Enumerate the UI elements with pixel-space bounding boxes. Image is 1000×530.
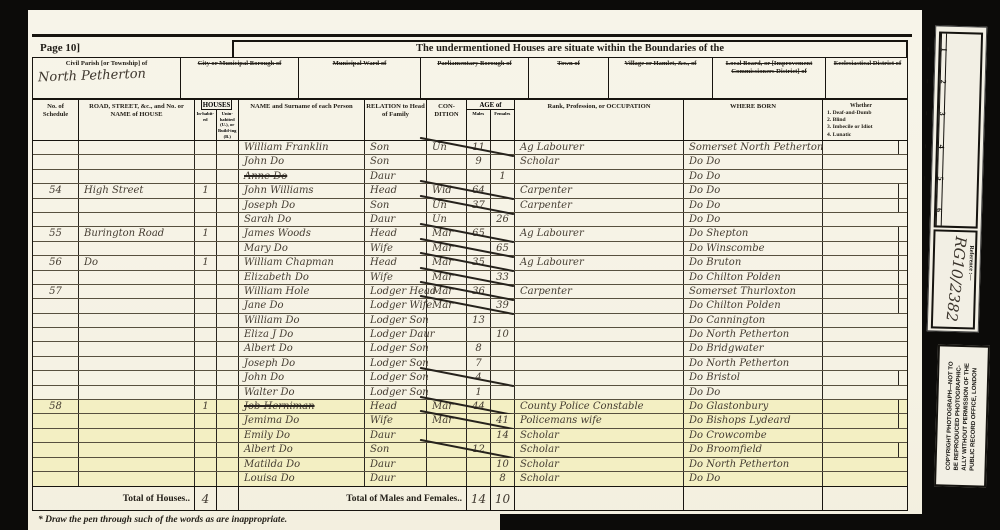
cell-inhabited: [195, 170, 217, 183]
cell-condition: Mar: [427, 242, 467, 255]
boundary-fields-row: Civil Parish [or Township] ofNorth Pethe…: [32, 57, 908, 99]
cell-age-females: 26: [491, 213, 515, 226]
cell-name: William Hole: [239, 285, 365, 298]
boundary-field: Town of: [529, 58, 609, 98]
cell-born: Do Do: [684, 472, 823, 486]
infirmity-line: 2. Blind: [827, 117, 898, 124]
cell-schedule: [33, 342, 79, 355]
cell-schedule: [33, 429, 79, 442]
cell-relation: Daur: [365, 170, 427, 183]
cell-uninhabited: [217, 328, 239, 341]
cell-relation: Lodger Son: [365, 357, 427, 370]
table-row: Emily DoDaur14ScholarDo Crowcombe: [33, 429, 907, 443]
cell-road: [79, 141, 195, 154]
table-row: Albert DoLodger Son8Do Bridgwater: [33, 342, 907, 356]
cell-road: Burington Road: [79, 227, 195, 240]
cell-name: Louisa Do: [239, 472, 365, 486]
cell-occupation: [515, 386, 684, 399]
cell-age-males: 44: [467, 400, 491, 413]
cell-road: [79, 443, 195, 456]
cell-road: [79, 472, 195, 486]
scan-black-bottom: [500, 514, 1000, 530]
cell-inhabited: [195, 443, 217, 456]
cell-inhabited: [195, 141, 217, 154]
cell-infirmity: [823, 357, 899, 370]
cell-infirmity: [823, 170, 899, 183]
cell-name: Elizabeth Do: [239, 271, 365, 284]
cell-age-females: 65: [491, 242, 515, 255]
cell-age-males: 4: [467, 371, 491, 384]
cell-age-males: 64: [467, 184, 491, 197]
cell-road: [79, 285, 195, 298]
cell-occupation: Carpenter: [515, 285, 684, 298]
cell-born: Do Shepton: [684, 227, 823, 240]
cell-schedule: 55: [33, 227, 79, 240]
cell-name: William Franklin: [239, 141, 365, 154]
cell-road: [79, 357, 195, 370]
table-row: Sarah DoDaurUn26Do Do: [33, 213, 907, 227]
cell-inhabited: [195, 271, 217, 284]
cell-uninhabited: [217, 242, 239, 255]
cell-schedule: [33, 328, 79, 341]
cell-schedule: [33, 472, 79, 486]
cell-schedule: [33, 242, 79, 255]
boundary-field: Civil Parish [or Township] ofNorth Pethe…: [33, 58, 181, 98]
col-header-males: Males: [467, 110, 491, 140]
cell-schedule: [33, 414, 79, 427]
total-houses-uninhabited-value: [217, 487, 239, 510]
cell-born: Do Do: [684, 386, 823, 399]
table-row: William FranklinSonUn11Ag LabourerSomers…: [33, 141, 907, 155]
table-row: Jemima DoWifeMar41Policemans wifeDo Bish…: [33, 414, 907, 428]
col-header-houses: HOUSES In-habit-ed Unin-habited (U.), or…: [195, 100, 239, 140]
total-females-value: 10: [491, 487, 515, 510]
cell-schedule: [33, 443, 79, 456]
cell-inhabited: [195, 328, 217, 341]
cell-infirmity: [823, 184, 899, 197]
cell-inhabited: 1: [195, 256, 217, 269]
cell-born: Do North Petherton: [684, 328, 823, 341]
cell-uninhabited: [217, 342, 239, 355]
cell-relation: Lodger Son: [365, 386, 427, 399]
cell-condition: [427, 429, 467, 442]
cell-condition: [427, 314, 467, 327]
cell-inhabited: 1: [195, 400, 217, 413]
cell-condition: [427, 155, 467, 168]
ruler-number: 5: [924, 176, 956, 181]
cell-condition: Mar: [427, 414, 467, 427]
cell-schedule: [33, 170, 79, 183]
cell-uninhabited: [217, 429, 239, 442]
cell-inhabited: [195, 155, 217, 168]
total-houses-value: 4: [195, 487, 217, 510]
cell-age-females: [491, 184, 515, 197]
cell-infirmity: [823, 242, 899, 255]
boundary-field-label: Village or Hamlet, &c., of: [612, 60, 709, 68]
cell-name: Jane Do: [239, 299, 365, 312]
cell-relation: Wife: [365, 242, 427, 255]
cell-schedule: [33, 386, 79, 399]
cell-age-females: [491, 285, 515, 298]
cell-born: Do Crowcombe: [684, 429, 823, 442]
cell-occupation: Carpenter: [515, 199, 684, 212]
cell-age-males: 65: [467, 227, 491, 240]
cell-occupation: [515, 299, 684, 312]
cell-uninhabited: [217, 184, 239, 197]
pro-office-title: PUBLIC RECORD OFFICE: [942, 34, 1000, 229]
total-houses-label: Total of Houses..: [33, 487, 195, 510]
cell-occupation: Ag Labourer: [515, 227, 684, 240]
banner-row: Page 10] The undermentioned Houses are s…: [32, 40, 908, 57]
cell-schedule: [33, 213, 79, 226]
boundary-field: Ecclesiastical District of: [826, 58, 909, 98]
cell-name: Jemima Do: [239, 414, 365, 427]
census-table: No. of Schedule ROAD, STREET, &c., and N…: [32, 99, 908, 511]
cell-age-females: [491, 443, 515, 456]
cell-inhabited: [195, 357, 217, 370]
cell-road: [79, 429, 195, 442]
cell-relation: Daur: [365, 429, 427, 442]
cell-relation: Son: [365, 155, 427, 168]
cell-condition: [427, 472, 467, 486]
col-header-road: ROAD, STREET, &c., and No. or NAME of HO…: [79, 100, 195, 140]
cell-age-males: 12: [467, 443, 491, 456]
cell-occupation: [515, 170, 684, 183]
cell-infirmity: [823, 213, 899, 226]
cell-infirmity: [823, 414, 899, 427]
cell-uninhabited: [217, 213, 239, 226]
cell-schedule: [33, 357, 79, 370]
table-row: Jane DoLodger WifeMar39Do Chilton Polden: [33, 299, 907, 313]
ruler-number: 4: [925, 144, 957, 149]
cell-infirmity: [823, 328, 899, 341]
cell-schedule: 56: [33, 256, 79, 269]
cell-relation: Wife: [365, 414, 427, 427]
cell-inhabited: [195, 314, 217, 327]
table-row: John DoSon9ScholarDo Do: [33, 155, 907, 169]
totals-row: Total of Houses.. 4 Total of Males and F…: [33, 486, 907, 510]
cell-age-males: [467, 458, 491, 471]
cell-schedule: [33, 155, 79, 168]
boundary-field-value: North Petherton: [36, 66, 177, 86]
cell-age-females: [491, 342, 515, 355]
cell-born: Do Cannington: [684, 314, 823, 327]
cell-age-males: 1: [467, 386, 491, 399]
ruler-number: 6: [923, 208, 954, 213]
cell-uninhabited: [217, 400, 239, 413]
cell-road: [79, 458, 195, 471]
cell-relation: Daur: [365, 213, 427, 226]
cell-age-females: [491, 155, 515, 168]
cell-road: [79, 386, 195, 399]
cell-occupation: [515, 357, 684, 370]
cell-uninhabited: [217, 357, 239, 370]
cell-uninhabited: [217, 227, 239, 240]
cell-infirmity: [823, 400, 899, 413]
cell-name: Albert Do: [239, 443, 365, 456]
col-header-infirmity: Whether 1. Deaf-and-Dumb 2. Blind 3. Imb…: [823, 100, 899, 140]
col-header-occupation: Rank, Profession, or OCCUPATION: [515, 100, 684, 140]
cell-condition: [427, 386, 467, 399]
cell-uninhabited: [217, 299, 239, 312]
ruler-box: 123456 PUBLIC RECORD OFFICE: [934, 31, 983, 228]
cell-condition: Mar: [427, 256, 467, 269]
cell-age-females: 10: [491, 328, 515, 341]
totals-born-blank: [684, 487, 823, 510]
cell-age-females: 1: [491, 170, 515, 183]
table-row: Anne DoDaur1Do Do: [33, 170, 907, 184]
cell-name: William Chapman: [239, 256, 365, 269]
cell-name: Walter Do: [239, 386, 365, 399]
table-row: 581Job HernimanHeadMar44County Police Co…: [33, 400, 907, 414]
cell-born: Do Do: [684, 184, 823, 197]
cell-born: Do North Petherton: [684, 458, 823, 471]
cell-relation: Head: [365, 227, 427, 240]
cell-born: Do Do: [684, 199, 823, 212]
cell-road: [79, 155, 195, 168]
cell-uninhabited: [217, 141, 239, 154]
cell-age-females: 39: [491, 299, 515, 312]
cell-relation: Wife: [365, 271, 427, 284]
col-header-age: AGE of Males Females: [467, 100, 515, 140]
boundary-field: Parliamentary Borough of: [421, 58, 529, 98]
totals-infirmity-blank: [823, 487, 899, 510]
cell-road: [79, 170, 195, 183]
col-header-schedule: No. of Schedule: [33, 100, 79, 140]
cell-born: Do Broomfield: [684, 443, 823, 456]
cell-road: [79, 271, 195, 284]
cell-uninhabited: [217, 414, 239, 427]
cell-uninhabited: [217, 472, 239, 486]
cell-inhabited: [195, 242, 217, 255]
table-row: William DoLodger Son13Do Cannington: [33, 314, 907, 328]
cell-born: Do Chilton Polden: [684, 271, 823, 284]
infirmity-line: 3. Imbecile or Idiot: [827, 124, 898, 131]
cell-age-males: [467, 170, 491, 183]
cell-born: Do Glastonbury: [684, 400, 823, 413]
cell-condition: Un: [427, 213, 467, 226]
age-title: AGE of: [467, 100, 514, 110]
cell-born: Do Bruton: [684, 256, 823, 269]
cell-infirmity: [823, 458, 899, 471]
table-row: Eliza J DoLodger Daur10Do North Petherto…: [33, 328, 907, 342]
cell-schedule: [33, 141, 79, 154]
top-rule: [32, 34, 912, 37]
cell-name: John Do: [239, 371, 365, 384]
census-rows: William FranklinSonUn11Ag LabourerSomers…: [33, 141, 907, 486]
cell-condition: Mar: [427, 271, 467, 284]
cell-road: [79, 314, 195, 327]
table-header: No. of Schedule ROAD, STREET, &c., and N…: [33, 100, 907, 141]
cell-schedule: [33, 458, 79, 471]
cell-age-females: [491, 314, 515, 327]
cell-schedule: 54: [33, 184, 79, 197]
boundary-field-label: City or Municipal Borough of: [184, 60, 295, 68]
cell-occupation: [515, 213, 684, 226]
col-header-inhabited: In-habit-ed: [195, 110, 217, 140]
cell-condition: [427, 371, 467, 384]
cell-name: Anne Do: [239, 170, 365, 183]
cell-age-males: 7: [467, 357, 491, 370]
cell-condition: Mar: [427, 400, 467, 413]
cell-infirmity: [823, 299, 899, 312]
cell-schedule: 57: [33, 285, 79, 298]
cell-road: [79, 213, 195, 226]
cell-condition: [427, 458, 467, 471]
cell-age-males: 13: [467, 314, 491, 327]
cell-relation: Son: [365, 141, 427, 154]
col-header-relation: RELATION to Head of Family: [365, 100, 427, 140]
cell-name: Eliza J Do: [239, 328, 365, 341]
cell-inhabited: [195, 386, 217, 399]
boundary-field: Local Board, or [Improvement Commissione…: [713, 58, 826, 98]
cell-age-females: [491, 386, 515, 399]
cell-uninhabited: [217, 256, 239, 269]
cell-age-males: 36: [467, 285, 491, 298]
cell-uninhabited: [217, 155, 239, 168]
table-row: 55Burington Road1James WoodsHeadMar65Ag …: [33, 227, 907, 241]
cell-occupation: [515, 271, 684, 284]
table-row: Elizabeth DoWifeMar33Do Chilton Polden: [33, 271, 907, 285]
infirmity-line: 4. Lunatic: [827, 132, 898, 139]
cell-name: John Do: [239, 155, 365, 168]
cell-occupation: [515, 328, 684, 341]
cell-schedule: 58: [33, 400, 79, 413]
cell-occupation: [515, 371, 684, 384]
col-header-condition: CON-DITION: [427, 100, 467, 140]
cell-inhabited: [195, 199, 217, 212]
cell-infirmity: [823, 155, 899, 168]
banner-title: The undermentioned Houses are situate wi…: [232, 40, 908, 57]
cell-occupation: Policemans wife: [515, 414, 684, 427]
cell-condition: Mar: [427, 227, 467, 240]
infirmity-line: 1. Deaf-and-Dumb: [827, 110, 898, 117]
cell-uninhabited: [217, 271, 239, 284]
cell-road: Do: [79, 256, 195, 269]
boundary-field: City or Municipal Borough of: [181, 58, 299, 98]
cell-born: Do Bridgwater: [684, 342, 823, 355]
cell-infirmity: [823, 199, 899, 212]
cell-name: Joseph Do: [239, 199, 365, 212]
cell-inhabited: [195, 299, 217, 312]
cell-born: Do Chilton Polden: [684, 299, 823, 312]
pro-copyright-stamp: COPYRIGHT PHOTOGRAPH—NOT TOBE REPRODUCED…: [934, 344, 990, 487]
cell-condition: Mar: [427, 285, 467, 298]
cell-age-males: [467, 213, 491, 226]
cell-inhabited: [195, 371, 217, 384]
cell-inhabited: [195, 429, 217, 442]
cell-infirmity: [823, 256, 899, 269]
table-row: 56Do1William ChapmanHeadMar35Ag Labourer…: [33, 256, 907, 270]
col-header-born: WHERE BORN: [684, 100, 823, 140]
table-row: John DoLodger Son4Do Bristol: [33, 371, 907, 385]
cell-road: [79, 328, 195, 341]
cell-schedule: [33, 299, 79, 312]
cell-age-females: [491, 199, 515, 212]
cell-road: [79, 342, 195, 355]
cell-age-males: [467, 472, 491, 486]
cell-occupation: Scholar: [515, 443, 684, 456]
cell-relation: Lodger Son: [365, 342, 427, 355]
cell-name: Emily Do: [239, 429, 365, 442]
cell-age-males: 9: [467, 155, 491, 168]
cell-condition: [427, 443, 467, 456]
table-row: 57William HoleLodger HeadMar36CarpenterS…: [33, 285, 907, 299]
cell-infirmity: [823, 285, 899, 298]
cell-born: Do Do: [684, 213, 823, 226]
table-row: Louisa DoDaur8ScholarDo Do: [33, 472, 907, 486]
cell-age-females: 14: [491, 429, 515, 442]
cell-relation: Son: [365, 443, 427, 456]
cell-name: William Do: [239, 314, 365, 327]
cell-relation: Lodger Son: [365, 314, 427, 327]
total-males-value: 14: [467, 487, 491, 510]
cell-relation: Lodger Daur: [365, 328, 427, 341]
cell-born: Do Bristol: [684, 371, 823, 384]
cell-schedule: [33, 371, 79, 384]
copyright-text: COPYRIGHT PHOTOGRAPH—NOT TOBE REPRODUCED…: [944, 361, 979, 471]
cell-occupation: County Police Constable: [515, 400, 684, 413]
cell-age-females: 33: [491, 271, 515, 284]
col-header-females: Females: [491, 110, 515, 140]
cell-relation: Lodger Head: [365, 285, 427, 298]
cell-road: [79, 199, 195, 212]
cell-road: [79, 299, 195, 312]
cell-infirmity: [823, 141, 899, 154]
boundary-field-label: Local Board, or [Improvement Commissione…: [716, 60, 822, 76]
cell-age-females: [491, 400, 515, 413]
cell-occupation: [515, 242, 684, 255]
col-header-uninhabited: Unin-habited (U.), or Build-ing (B.): [217, 110, 239, 140]
cell-age-females: [491, 357, 515, 370]
cell-uninhabited: [217, 443, 239, 456]
cell-road: [79, 371, 195, 384]
cell-uninhabited: [217, 371, 239, 384]
cell-condition: [427, 170, 467, 183]
cell-condition: Mar: [427, 299, 467, 312]
cell-name: James Woods: [239, 227, 365, 240]
cell-name: Matilda Do: [239, 458, 365, 471]
cell-age-males: 35: [467, 256, 491, 269]
footnote: * Draw the pen through such of the words…: [38, 515, 287, 525]
boundary-field-label: Ecclesiastical District of: [829, 60, 906, 68]
cell-road: High Street: [79, 184, 195, 197]
cell-name: Job Herniman: [239, 400, 365, 413]
boundary-field-label: Parliamentary Borough of: [424, 60, 525, 68]
cell-age-males: 8: [467, 342, 491, 355]
reference-box: Reference :— RG10/2382: [931, 229, 978, 329]
cell-born: Somerset Thurloxton: [684, 285, 823, 298]
cell-inhabited: [195, 213, 217, 226]
table-row: Mary DoWifeMar65Do Winscombe: [33, 242, 907, 256]
cell-schedule: [33, 271, 79, 284]
cell-infirmity: [823, 342, 899, 355]
cell-infirmity: [823, 429, 899, 442]
cell-age-females: 10: [491, 458, 515, 471]
cell-uninhabited: [217, 458, 239, 471]
cell-schedule: [33, 314, 79, 327]
cell-inhabited: [195, 285, 217, 298]
cell-infirmity: [823, 443, 899, 456]
table-row: Albert DoSon12ScholarDo Broomfield: [33, 443, 907, 457]
cell-inhabited: [195, 414, 217, 427]
cell-occupation: Scholar: [515, 155, 684, 168]
table-row: Matilda DoDaur10ScholarDo North Petherto…: [33, 458, 907, 472]
cell-occupation: Scholar: [515, 472, 684, 486]
cell-name: John Williams: [239, 184, 365, 197]
cell-inhabited: 1: [195, 227, 217, 240]
cell-born: Do Do: [684, 155, 823, 168]
